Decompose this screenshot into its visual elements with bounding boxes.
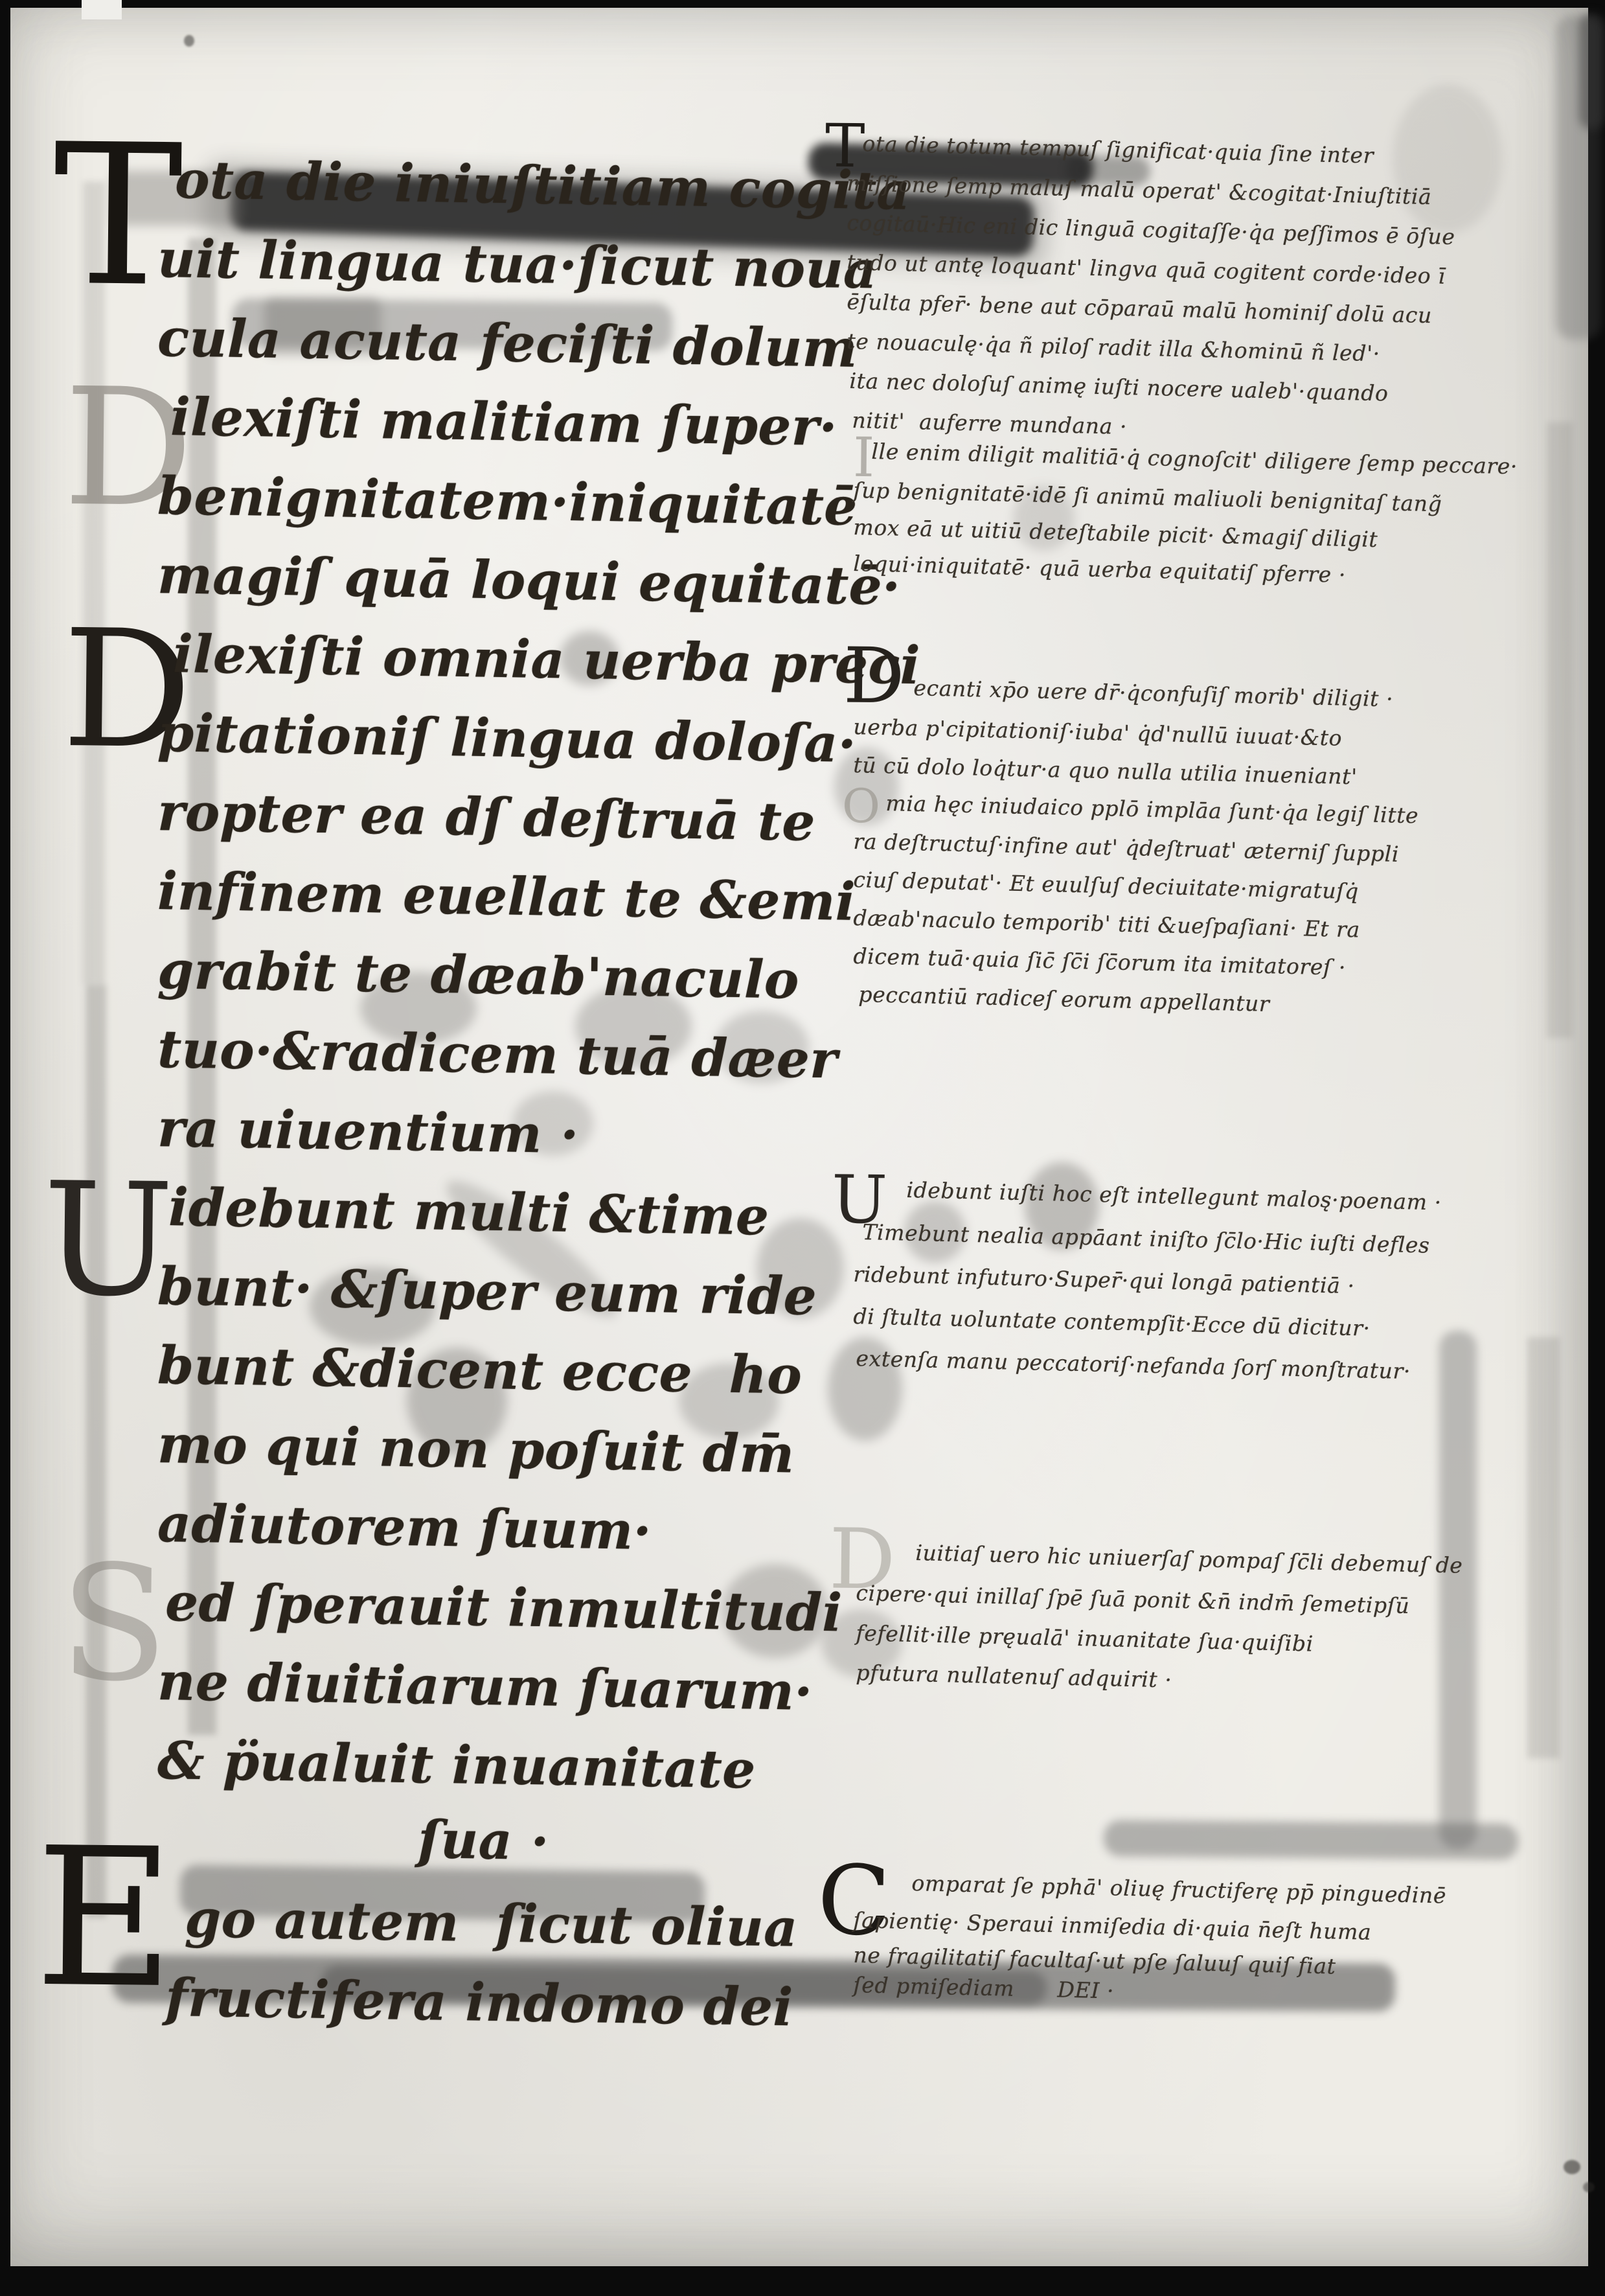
- psalm-line: ilexiſti omnia uerba preci: [173, 623, 921, 696]
- psalm-line: ſua ·: [418, 1809, 550, 1872]
- ink-smudge: [1439, 1331, 1477, 1849]
- gloss-line: ſapientię· Speraui inmiſedia di·quia n̄e…: [853, 1907, 1372, 1945]
- psalm-line: idebunt multi &time: [168, 1177, 770, 1247]
- psalm-line: mo qui non poſuit dm̄: [157, 1414, 795, 1484]
- gloss-line: pfutura nullatenuſ adquirit ·: [856, 1660, 1172, 1692]
- gloss-line: ciuſ deputat'· Et euulſuſ deciuitate·mig…: [853, 867, 1359, 904]
- gloss-line: fefellit·ille pręualā' inuanitate ſua·qu…: [856, 1620, 1314, 1657]
- gloss-line: peccantiū radiceſ eorum appellantur: [858, 982, 1270, 1016]
- ruling-line: [85, 985, 106, 1918]
- gloss-line: ridebunt infuturo·Super̄·qui longā patie…: [853, 1261, 1355, 1298]
- gloss-line: di ſtulta uoluntate contempſit·Ecce dū d…: [853, 1303, 1371, 1341]
- initial-U: U: [42, 1162, 175, 1318]
- gloss-line: tū cū dolo loq̇tur·a quo nulla utilia in…: [853, 752, 1358, 789]
- manuscript-page: T D D U S E ota die iniuſtitiam cogita u…: [10, 8, 1588, 2266]
- gloss-line: te nouaculę·q̇a ñ piloſ radit illa &homi…: [847, 328, 1380, 366]
- psalm-line: magiſ quā loqui equitatē·: [157, 544, 902, 617]
- gloss-line: idebunt iuſti hoc eſt intellegunt malos̨…: [906, 1177, 1442, 1215]
- gloss-line: mox eā ut uitiū deteſtabile picit· &magi…: [853, 514, 1378, 552]
- psalm-line: infinem euellat te &emi: [157, 860, 856, 932]
- ink-speck: [1564, 2160, 1580, 2174]
- gloss-line: ita nec doloſuſ animę iuſti nocere ualeb…: [849, 368, 1389, 406]
- gloss-line: mia hęc iniudaico pplō implāa ſunt·q̇a l…: [885, 790, 1419, 828]
- gloss-line: iuitiaſ uero hic uniuerſaſ pompaſ ſc̄li …: [915, 1540, 1463, 1578]
- psalm-line: adiutorem ſuum·: [157, 1493, 652, 1561]
- stain-blot: [1393, 84, 1503, 233]
- gloss-line: tudo ut antę loquant' lingva quā cogiten…: [847, 249, 1446, 289]
- gloss-line: ēſulta pfer̄· bene aut cōparaū malū homi…: [847, 289, 1432, 328]
- psalm-line: pitationiſ lingua doloſa·: [157, 702, 857, 774]
- psalm-line: ropter ea dſ deſtruā te: [157, 781, 816, 853]
- ink-speck: [1583, 2182, 1595, 2192]
- gloss-line: dæab'naculo temporib' titi &ueſpaſiani· …: [853, 905, 1360, 942]
- photograph: T D D U S E ota die iniuſtitiam cogita u…: [0, 0, 1605, 2296]
- psalm-line: ilexiſti malitiam ſuper·: [170, 386, 838, 457]
- psalm-line: grabit te dæab'naculo: [157, 939, 800, 1011]
- gloss-line: ecanti xp̄o uere dr̄·q̇confuſiſ morib' d…: [913, 675, 1394, 711]
- initial-S-faint: S: [59, 1544, 169, 1704]
- gloss-line: lle enim diligit malitiā·q̇ cognoſcit' d…: [871, 439, 1518, 479]
- gloss-line: uerba p'cipitationiſ·iuba' q̇d'nullū iuu…: [853, 714, 1342, 751]
- gloss-line: loqui·iniquitatē· quā uerba equitatiſ pf…: [853, 551, 1346, 588]
- psalm-line: & p̈ualuit inuanitate: [157, 1730, 757, 1800]
- gloss-line: ſup benignitatē·idē ſi animū maliuoli be…: [853, 477, 1442, 516]
- gloss-line: extenſa manu peccatoriſ·nefanda ſorſ mon…: [856, 1346, 1411, 1384]
- psalm-line: ne diuitiarum ſuarum·: [157, 1651, 814, 1722]
- gloss-line: nitit' auferre mundana ·: [852, 408, 1127, 439]
- gloss-line: ra deſtructuſ·infine aut' q̇deſtruat' æt…: [853, 829, 1399, 867]
- gloss-line: dicem tuā·quia ſic̄ ſc̄i ſc̄orum ita imi…: [853, 943, 1346, 980]
- psalm-line: bunt· &ſuper eum ride: [157, 1256, 817, 1327]
- ink-smudge: [1579, 13, 1605, 130]
- gloss-initial-T: T: [825, 117, 865, 177]
- psalm-line: benignitatem·iniquitatē: [157, 465, 858, 537]
- psalm-line: tuo·&radicem tuā dæer: [157, 1018, 838, 1090]
- gloss-line: omparat ſe pphā' oliuę fructiferę pp̄ pi…: [911, 1870, 1446, 1908]
- gloss-initial-D: D: [843, 637, 905, 715]
- initial-E: E: [34, 1822, 175, 2015]
- gloss-initial-O-faint: O: [842, 783, 881, 830]
- psalm-line: uit lingua tua·ſicut noua: [157, 228, 878, 300]
- psalm-line: go autem ſicut oliua: [185, 1888, 799, 1958]
- ruling-line: [1527, 1337, 1560, 1758]
- psalm-line: cula acuta feciſti dolum: [157, 307, 858, 379]
- psalm-line: bunt &dicent ecce ho: [157, 1335, 803, 1406]
- ruling-line: [1547, 422, 1573, 1038]
- gloss-line: cipere·qui inillaſ ſpē ſuā ponit &n̄ ind…: [856, 1580, 1410, 1618]
- gloss-initial-C: C: [817, 1852, 891, 1949]
- psalm-line: fructifera indomo dei: [165, 1967, 794, 2038]
- psalm-line: ota die iniuſtitiam cogita: [175, 149, 911, 222]
- ink-speck: [184, 35, 194, 47]
- border-notch: [82, 0, 122, 19]
- psalm-line: ed ſperauit inmultitudi: [165, 1572, 843, 1643]
- psalm-line: ra uiuentium ·: [157, 1097, 580, 1165]
